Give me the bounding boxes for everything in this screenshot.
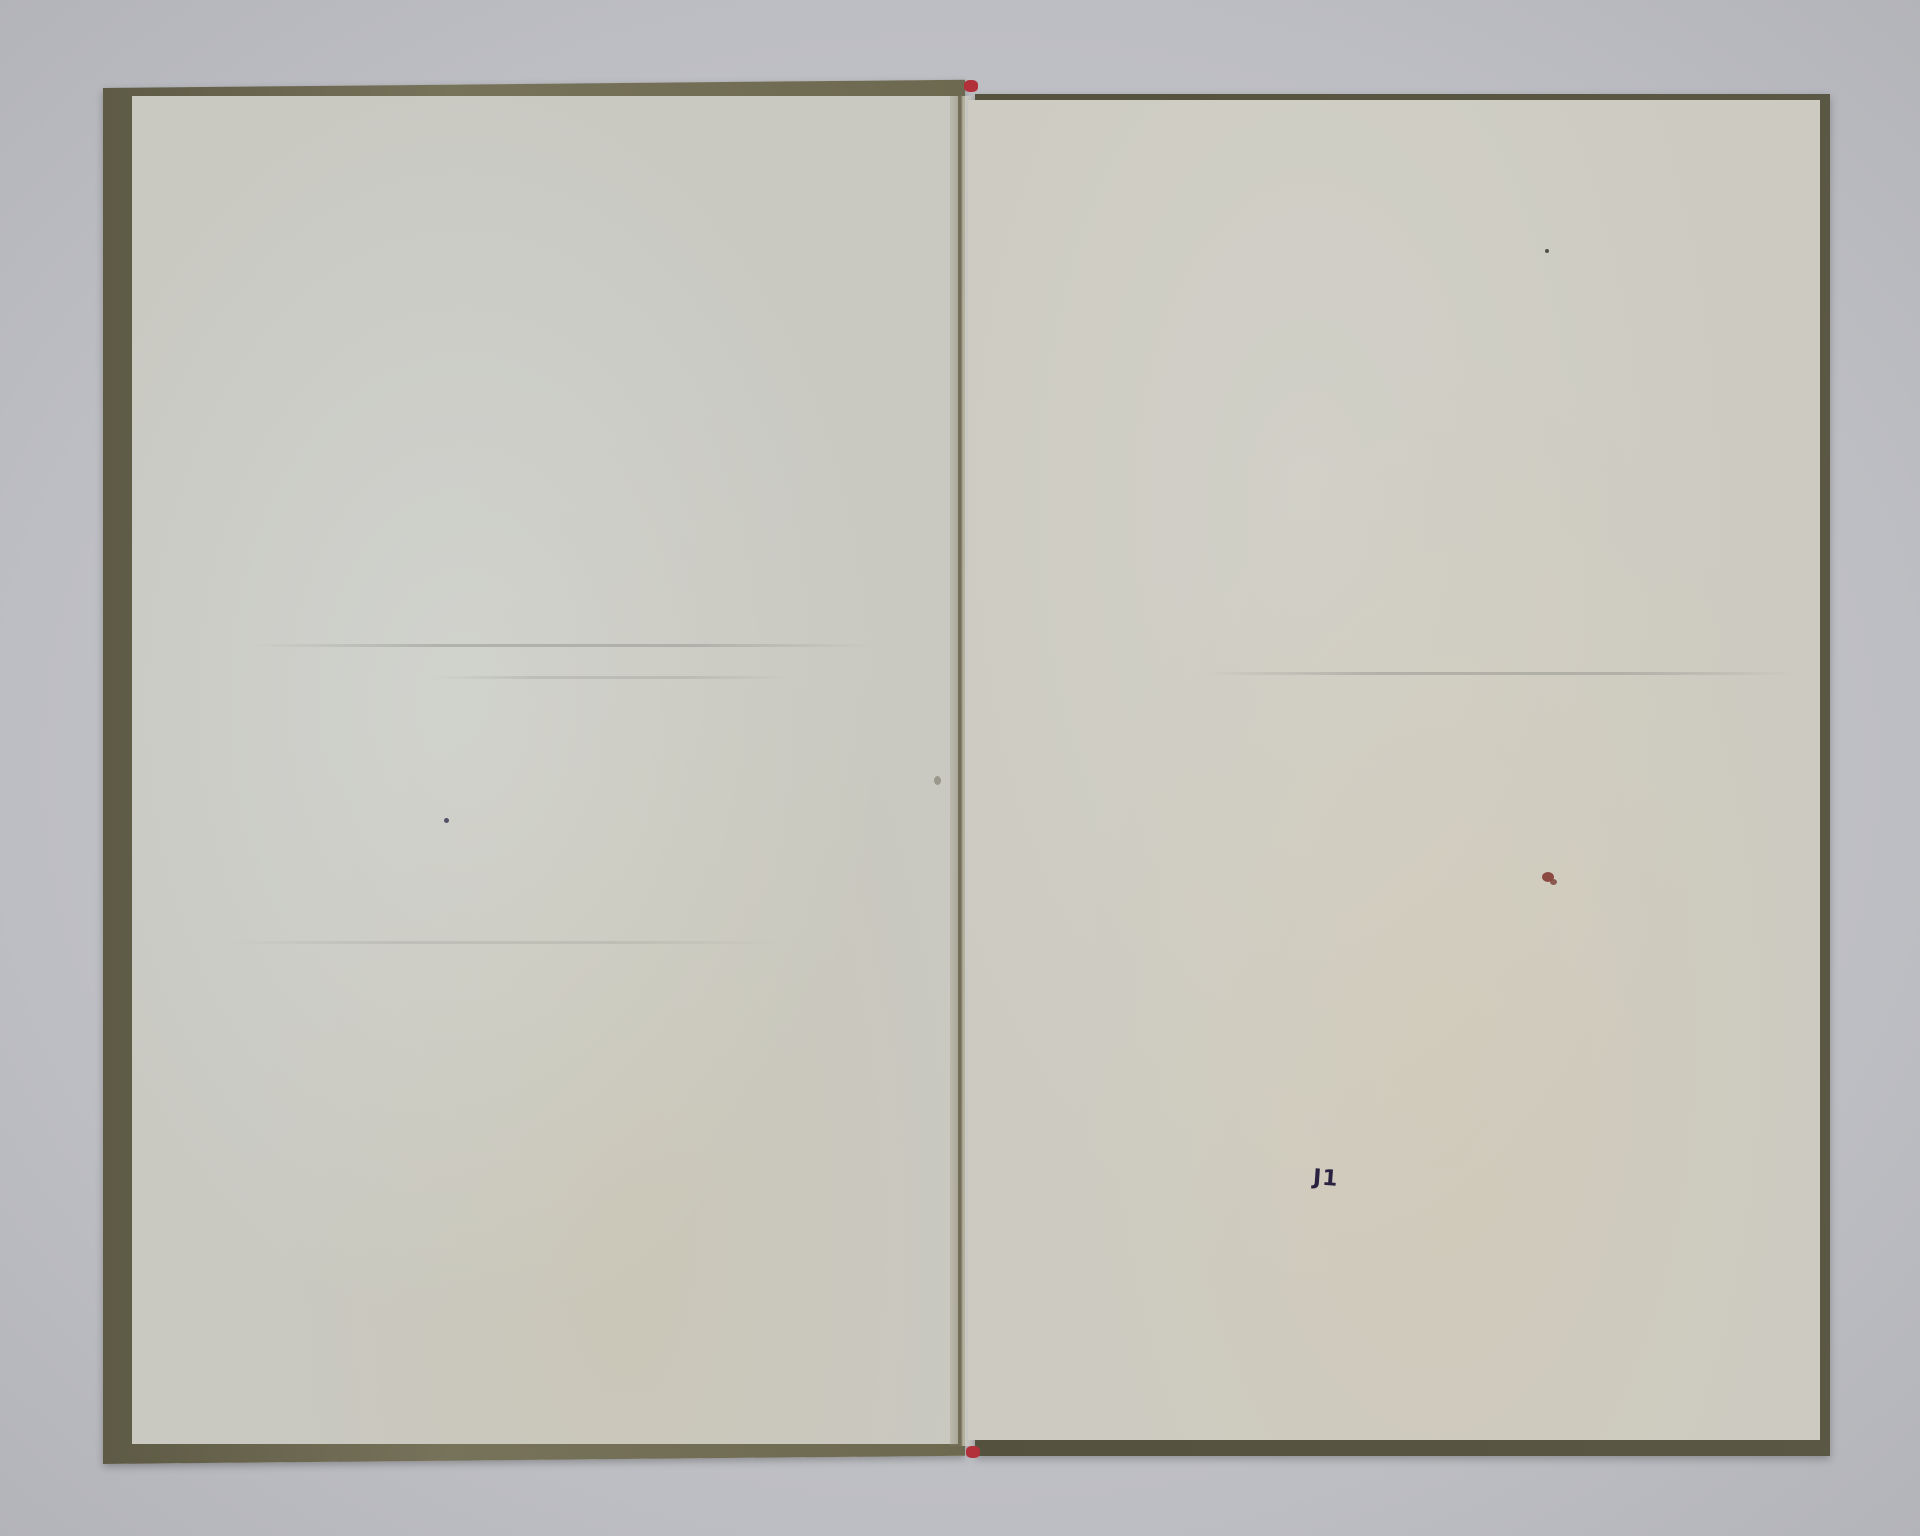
- paper-crease: [432, 676, 792, 679]
- paper-crease: [252, 644, 872, 647]
- paper-speck: [934, 776, 941, 785]
- headband-top: [964, 80, 978, 92]
- left-endpaper: [132, 96, 958, 1444]
- paper-speck: [1545, 249, 1549, 253]
- red-stain: [1542, 872, 1554, 882]
- book-photo: J1: [0, 0, 1920, 1536]
- headband-bottom: [966, 1446, 980, 1458]
- right-endpaper: J1: [968, 100, 1820, 1440]
- pencil-mark: J1: [1312, 1165, 1339, 1192]
- paper-crease: [222, 941, 782, 944]
- paper-speck: [444, 818, 449, 823]
- paper-crease: [1198, 672, 1798, 675]
